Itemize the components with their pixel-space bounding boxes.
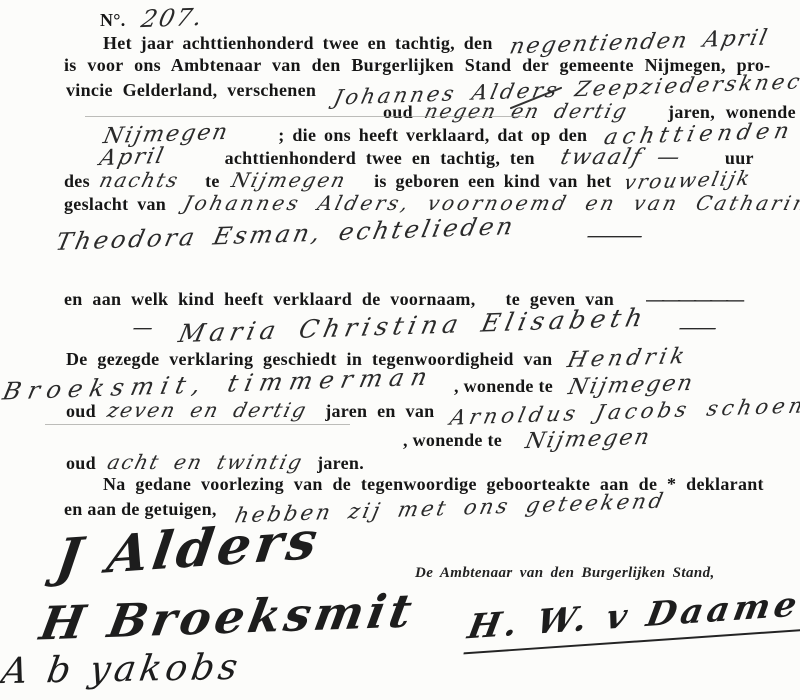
printed-closing2-text: en aan de getuigen, — [64, 499, 217, 519]
line-birth-hour: April achttienhonderd twee en tachtig, t… — [64, 147, 754, 169]
hw-witness2-residence: Nijmegen — [523, 427, 653, 453]
line-birth-detail: des nachts te Nijmegen is geboren een ki… — [64, 170, 751, 191]
hw-filler-dash: ——— — [585, 225, 644, 245]
hw-declarant-age: negen en dertig — [422, 101, 630, 121]
printed-wonende2-label: , wonende te — [403, 430, 502, 450]
line-mother: Theodora Esman, echtelieden ——— — [58, 222, 641, 246]
hw-birth-hour: twaalf — — [558, 147, 684, 169]
officer-signature: H. W. v Daamen — [463, 586, 800, 655]
line-residence: Nijmegen ; die ons heeft verklaard, dat … — [64, 124, 793, 146]
hw-gender: vrouwelijk — [623, 168, 754, 192]
printed-jaren-en-van: jaren en van — [325, 401, 434, 421]
printed-des-label: des — [64, 171, 90, 191]
line-closing2: en aan de getuigen, hebben zij met ons g… — [64, 498, 664, 519]
printed-oud-label: oud — [383, 102, 413, 122]
printed-official-text: is voor ons Ambtenaar van den Burgerlijk… — [64, 55, 770, 75]
hw-witness1-firstname: Hendrik — [566, 346, 691, 372]
form-rule — [45, 424, 350, 425]
hw-daypart: nachts — [97, 170, 181, 190]
line-year: Het jaar achttienhonderd twee en tachtig… — [103, 32, 767, 54]
printed-te-label: te — [205, 171, 220, 191]
printed-geslacht-label: geslacht van — [64, 194, 166, 214]
hw-declaration-date: negentienden April — [507, 28, 770, 59]
printed-year2-text: achttienhonderd twee en tachtig, ten — [225, 148, 535, 168]
hw-father-name: Johannes Alders, voornoemd en van Cathar… — [182, 193, 800, 213]
printed-jaren-label: jaren. — [317, 453, 364, 473]
line-witness1: Broeksmit, timmerman , wonende te Nijmeg… — [5, 372, 693, 397]
signature-witness1-line: H Broeksmit — [42, 594, 414, 640]
witness2-signature: A b yakobs — [0, 650, 244, 690]
signature-declarant-line: J Alders — [58, 524, 319, 576]
signature-witness2-line: A b yakobs — [2, 652, 241, 688]
hw-childname-post-dash: —— — [677, 317, 718, 337]
officer-signature-line: H. W. v Daamen — [470, 598, 800, 642]
hw-birthplace: Nijmegen — [229, 170, 348, 190]
hw-child-name: Maria Christina Elisabeth — [176, 305, 649, 346]
line-declarant: vincie Gelderland, verschenen Johannes A… — [66, 79, 800, 100]
hw-witness2-age: acht en twintig — [105, 452, 305, 472]
hw-witness1-age: zeven en dertig — [105, 400, 309, 420]
line-official: is voor ons Ambtenaar van den Burgerlijk… — [64, 56, 770, 75]
line-witness2-age: oud acht en twintig jaren. — [66, 452, 364, 473]
hw-childname-pre-dash: — — [131, 317, 154, 337]
line-parents: geslacht van Johannes Alders, voornoemd … — [64, 193, 800, 214]
line-declarant-age: oud negen en dertig jaren, wonende te — [383, 101, 800, 122]
line-witness2: oud zeven en dertig jaren en van Arnoldu… — [66, 400, 800, 421]
printed-year-text: Het jaar achttienhonderd twee en tachtig… — [103, 33, 493, 53]
printed-born-text: is geboren een kind van het — [374, 171, 611, 191]
printed-officer-title: De Ambtenaar van den Burgerlijken Stand, — [415, 565, 715, 581]
line-child-name: — Maria Christina Elisabeth —— — [133, 313, 715, 338]
hw-birth-month: April — [97, 146, 167, 170]
hw-witness1-residence: Nijmegen — [566, 373, 696, 399]
officer-title-line: De Ambtenaar van den Burgerlijken Stand, — [415, 565, 715, 581]
act-number-value: 207. — [139, 5, 206, 31]
act-number-line: N°. 207. — [100, 6, 203, 30]
printed-wonende1-label: , wonende te — [454, 376, 553, 396]
printed-oud3-label: oud — [66, 453, 96, 473]
printed-province-text: vincie Gelderland, verschenen — [66, 80, 316, 100]
form-rule — [85, 116, 525, 117]
hw-mother-name: Theodora Esman, echtelieden — [54, 214, 518, 254]
declarant-signature: J Alders — [53, 515, 325, 585]
printed-declared-text: ; die ons heeft verklaard, dat op den — [278, 125, 587, 145]
printed-oud2-label: oud — [66, 401, 96, 421]
act-number-label: N°. — [100, 10, 126, 30]
line-witness2-residence: , wonende te Nijmegen — [403, 429, 650, 451]
printed-filler-rule: —————— — [646, 289, 742, 309]
birth-certificate-page: N°. 207. Het jaar achttienhonderd twee e… — [0, 0, 800, 700]
witness1-signature: H Broeksmit — [37, 588, 419, 647]
printed-name-intro-a: en aan welk kind heeft verklaard de voor… — [64, 289, 476, 309]
